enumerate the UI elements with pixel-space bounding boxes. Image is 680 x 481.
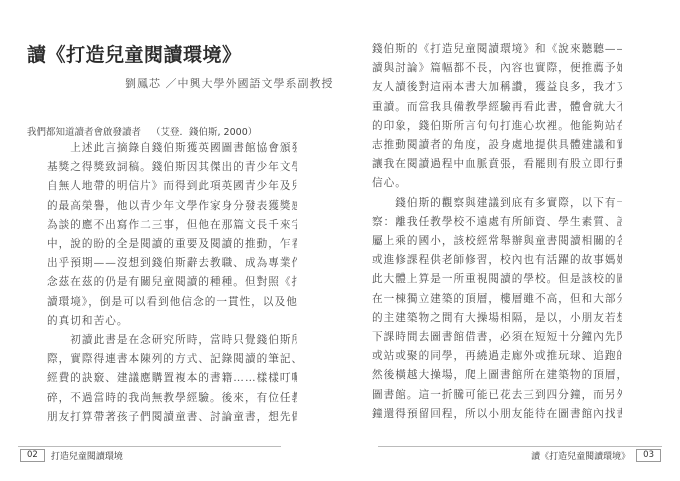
paragraph: 錢伯斯的《打造兒童閱讀環境》和《說來聽聽——兒童、閱讀與討論》篇幅都不長，內容也… — [372, 40, 622, 194]
text-line: 此大體上算是一所重視閱讀的學校。但是該校的圖書館卻位 — [372, 270, 622, 289]
text-line: 下課時間去圖書館借書，必須在短短十分鐘內先閃過走廊上 — [372, 328, 622, 347]
article-title: 讀《打造兒童閱讀環境》 — [27, 40, 242, 67]
text-line: 在一棟獨立建築的頂層，樓層雖不高，但和大部分教室所在 — [372, 290, 622, 309]
text-line: 或站或聚的同學，再繞過走廊外或推玩球、追跑的小朋友， — [372, 347, 622, 366]
text-line: 初讀此書是在念研究所時，當時只覺錢伯斯所言甚為實 — [47, 331, 297, 350]
text-line: 然後橫越大操場，爬上圖書館所在建築物的頂層，才能進到 — [372, 366, 622, 385]
text-line: 屬上乘的國小，該校經常舉辦與童書閱讀相關的各類研討會 — [372, 232, 622, 251]
text-line: 察：離我任教學校不遠處有所師資、學生素質、設備資源均 — [372, 213, 622, 232]
text-line: 的真切和苦心。 — [47, 312, 297, 331]
author-byline: 劉鳳芯 ／中興大學外國語文學系副教授 — [125, 75, 325, 91]
running-head: 讀《打造兒童閱讀環境》 — [531, 449, 630, 462]
epigraph-citation: （艾登．錢伯斯, 2000） — [151, 127, 257, 138]
text-line: 出乎預期——沒想到錢伯斯辭去教職、成為專業作家之後， — [47, 254, 297, 273]
text-line: 讀與討論》篇幅都不長，內容也實際，便推薦予她；沒想到 — [372, 59, 622, 78]
paragraph: 錢伯斯的觀察與建議到底有多實際，以下有一則個人觀察：離我任教學校不遠處有所師資、… — [372, 194, 622, 424]
text-line: 讀環境》，倒是可以看到他信念的一貫性，以及他書寫此書 — [47, 293, 297, 312]
page-number: 02 — [20, 449, 45, 462]
right-page: 錢伯斯的《打造兒童閱讀環境》和《說來聽聽——兒童、閱讀與討論》篇幅都不長，內容也… — [340, 0, 680, 481]
paragraph: 初讀此書是在念研究所時，當時只覺錢伯斯所言甚為實際，實際得連書本陳列的方式、記錄… — [47, 331, 297, 427]
text-line: 碎，不過當時的我尚無教學經驗。後來，有位任教幼兒園的 — [47, 389, 297, 408]
left-body-text: 上述此言摘錄自錢伯斯獲英國圖書館協會頒發年度卡內基獎之得獎致詞稿。錢伯斯因其傑出… — [47, 139, 297, 427]
text-line: 上述此言摘錄自錢伯斯獲英國圖書館協會頒發年度卡內 — [47, 139, 297, 158]
text-line: 或進修課程供老師修習，校內也有活躍的故事媽媽組織，因 — [372, 251, 622, 270]
text-line: 圖書館。這一折騰可能已花去三到四分鐘，而另外三、四分 — [372, 386, 622, 405]
text-line: 重讀。而當我具備教學經驗再看此書，體會就大不同於最初 — [372, 98, 622, 117]
left-page: 讀《打造兒童閱讀環境》 劉鳳芯 ／中興大學外國語文學系副教授 我們都知道讀者會啟… — [0, 0, 340, 481]
text-line: 志推動閱讀者的角度，設身處地提供具體建議和實務經驗， — [372, 136, 622, 155]
text-line: 自無人地帶的明信片》而得到此項英國青少年及兒童文學界 — [47, 177, 297, 196]
left-footer: 02 打造兒童閱讀環境 — [20, 449, 123, 462]
paragraph: 上述此言摘錄自錢伯斯獲英國圖書館協會頒發年度卡內基獎之得獎致詞稿。錢伯斯因其傑出… — [47, 139, 297, 331]
text-line: 基獎之得獎致詞稿。錢伯斯因其傑出的青少年文學小說《來 — [47, 158, 297, 177]
text-line: 的印象，錢伯斯所言句句打進心坎裡。他能夠站在教師或有 — [372, 117, 622, 136]
text-line: 念茲在茲的仍是有關兒童閱讀的種種。但對照《打造兒童閱 — [47, 273, 297, 292]
text-line: 友人讀後對這兩本書大加稱讚，獲益良多，我才又回頭拾書 — [372, 78, 622, 97]
right-footer: 讀《打造兒童閱讀環境》 03 — [531, 449, 661, 462]
running-head: 打造兒童閱讀環境 — [51, 449, 123, 462]
text-line: 錢伯斯的觀察與建議到底有多實際，以下有一則個人觀 — [372, 194, 622, 213]
text-line: 讓我在閱讀過程中血脈賁張，看罷則有股立即行動的衝勁和 — [372, 155, 622, 174]
epigraph: 我們都知道讀者會啟發讀者（艾登．錢伯斯, 2000） — [27, 124, 257, 138]
text-line: 經費的訣竅、建議應購置複本的書籍……樣樣叮囑，稍嫌瑣 — [47, 369, 297, 388]
epigraph-quote: 我們都知道讀者會啟發讀者 — [27, 127, 141, 138]
text-line: 為談的應不出寫作二三事，但他在那篇文長千來字的演講稿 — [47, 216, 297, 235]
text-line: 錢伯斯的《打造兒童閱讀環境》和《說來聽聽——兒童、閱 — [372, 40, 622, 59]
right-body-text: 錢伯斯的《打造兒童閱讀環境》和《說來聽聽——兒童、閱讀與討論》篇幅都不長，內容也… — [372, 40, 622, 424]
text-line: 的最高榮譽，他以青少年文學作家身分發表獲獎感言，我以 — [47, 197, 297, 216]
text-line: 朋友打算帶著孩子們閱讀童書、討論童書，想先做點準備； — [47, 408, 297, 427]
text-line: 中，說的盼的全是閱讀的重要及閱讀的推動，乍看的確有點 — [47, 235, 297, 254]
page-number: 03 — [636, 449, 661, 462]
text-line: 信心。 — [372, 174, 622, 193]
footer-divider — [378, 446, 662, 447]
footer-divider — [18, 446, 281, 447]
text-line: 際，實際得連書本陳列的方式、記錄閱讀的筆記、籌措購書 — [47, 350, 297, 369]
text-line: 的主建築物之間有大操場相隔，是以，小朋友若想利用一般 — [372, 309, 622, 328]
text-line: 鐘還得預留回程，所以小朋友能待在圖書館內找書、選書、 — [372, 405, 622, 424]
